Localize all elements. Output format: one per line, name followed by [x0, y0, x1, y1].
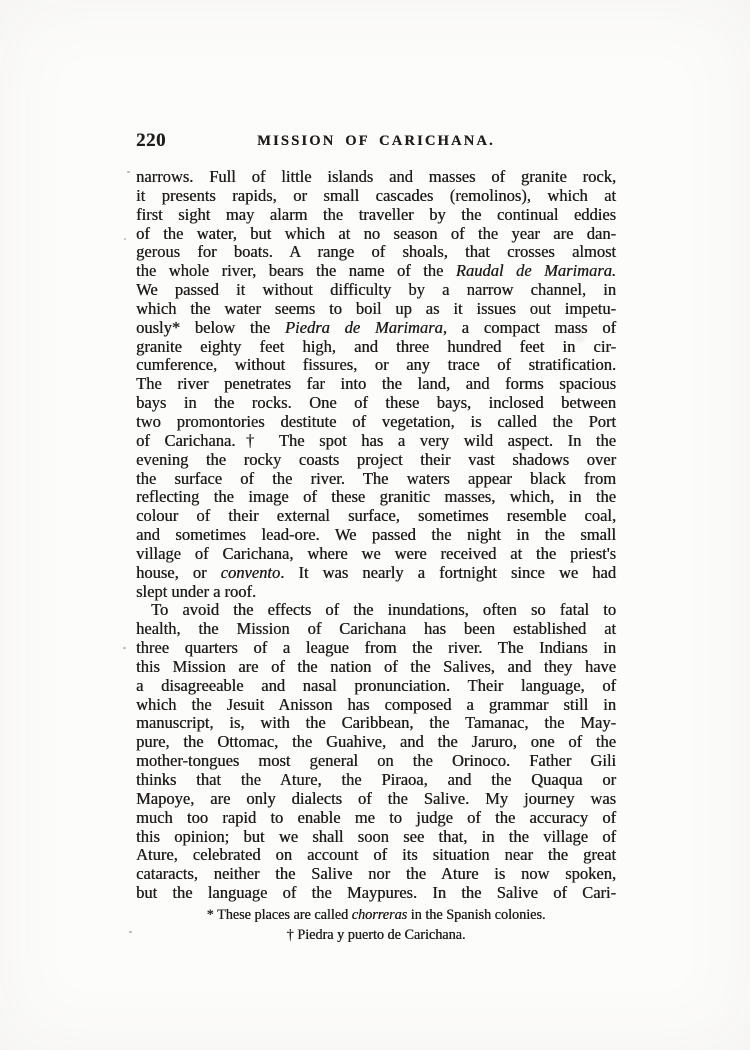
text-line: granite eighty feet high, and three hund… — [136, 338, 616, 357]
scan-speck — [123, 647, 126, 649]
text-line: mother-tongues most general on the Orino… — [136, 752, 616, 771]
text-line: narrows. Full of little islands and mass… — [136, 168, 616, 187]
text-line: two promontories destitute of vegetation… — [136, 413, 616, 432]
text-line: this opinion; but we shall soon see that… — [136, 828, 616, 847]
body-text: narrows. Full of little islands and mass… — [136, 168, 616, 903]
text-line: cumference, without fissures, or any tra… — [136, 356, 616, 375]
text-line: manuscript, is, with the Caribbean, the … — [136, 714, 616, 733]
footnote-line: † Piedra y puerto de Carichana. — [136, 926, 616, 946]
text-line: evening the rocky coasts project their v… — [136, 451, 616, 470]
text-line: village of Carichana, where we were rece… — [136, 545, 616, 564]
text-line: the whole river, bears the name of the R… — [136, 262, 616, 281]
text-line: thinks that the Ature, the Piraoa, and t… — [136, 771, 616, 790]
text-line: but the language of the Maypures. In the… — [136, 884, 616, 903]
text-line: of Carichana.† The spot has a very wild … — [136, 432, 616, 451]
text-line: colour of their external surface, someti… — [136, 507, 616, 526]
scan-smudge — [293, 268, 305, 276]
text-line: slept under a roof. — [136, 583, 616, 602]
text-line: which the water seems to boil up as it i… — [136, 300, 616, 319]
text-line: it presents rapids, or small cascades (r… — [136, 187, 616, 206]
footnotes: * These places are called chorreras in t… — [136, 906, 616, 945]
text-line: of the water, but which at no season of … — [136, 225, 616, 244]
text-line: house, or convento. It was nearly a fort… — [136, 564, 616, 583]
text-line: health, the Mission of Carichana has bee… — [136, 620, 616, 639]
text-line: and sometimes lead-ore. We passed the ni… — [136, 526, 616, 545]
running-title: MISSION OF CARICHANA. — [136, 133, 616, 150]
text-line: first sight may alarm the traveller by t… — [136, 206, 616, 225]
text-line: reflecting the image of these granitic m… — [136, 488, 616, 507]
text-line: cataracts, neither the Salive nor the At… — [136, 865, 616, 884]
text-line: gerous for boats. A range of shoals, tha… — [136, 243, 616, 262]
text-line: pure, the Ottomac, the Guahive, and the … — [136, 733, 616, 752]
text-line: The river penetrates far into the land, … — [136, 375, 616, 394]
text-line: the surface of the river. The waters app… — [136, 470, 616, 489]
text-line: which the Jesuit Anisson has composed a … — [136, 696, 616, 715]
text-line: a disagreeable and nasal pronunciation. … — [136, 677, 616, 696]
text-line: We passed it without difficulty by a nar… — [136, 281, 616, 300]
text-line: this Mission are of the nation of the Sa… — [136, 658, 616, 677]
text-line: Ature, celebrated on account of its situ… — [136, 846, 616, 865]
text-line: Mapoye, are only dialects of the Salive.… — [136, 790, 616, 809]
book-page: 220 MISSION OF CARICHANA. narrows. Full … — [0, 0, 750, 1050]
text-line: bays in the rocks. One of these bays, in… — [136, 394, 616, 413]
text-line: ously* below the Piedra de Marimara, a c… — [136, 319, 616, 338]
page-header: 220 MISSION OF CARICHANA. — [136, 130, 616, 152]
scan-smudge — [575, 335, 585, 342]
scan-speck — [129, 931, 132, 933]
scan-speck — [127, 171, 130, 173]
footnote-line: * These places are called chorreras in t… — [136, 906, 616, 926]
text-line: To avoid the effects of the inundations,… — [136, 601, 616, 620]
scan-speck — [124, 238, 126, 240]
text-line: much too rapid to enable me to judge of … — [136, 809, 616, 828]
text-line: three quarters of a league from the rive… — [136, 639, 616, 658]
